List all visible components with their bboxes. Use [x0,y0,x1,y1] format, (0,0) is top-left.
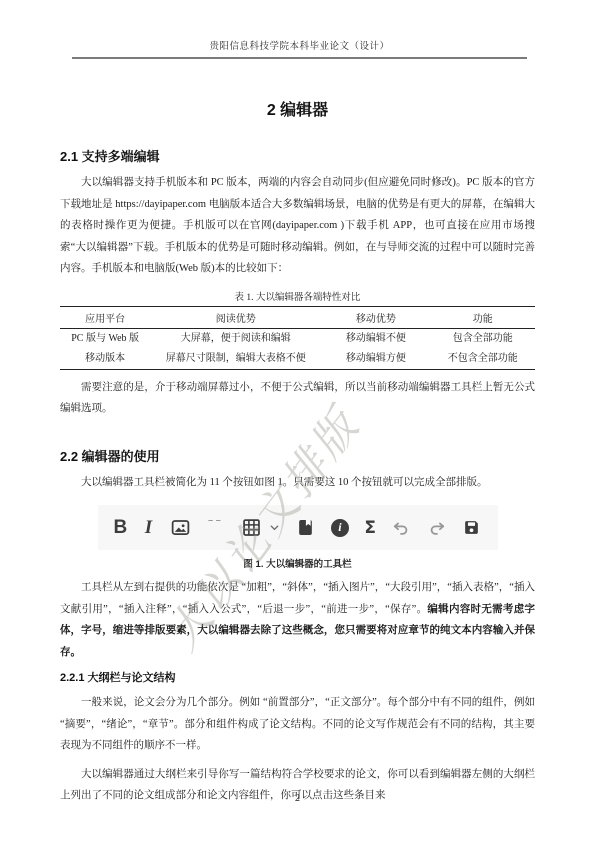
blockquote-button[interactable]: “ [206,520,226,536]
cell-platform-mobile: 移动版本 [60,349,150,370]
cell-function-mobile: 不包含全部功能 [431,349,536,370]
table-row: PC 版与 Web 版 大屏幕，便于阅读和编辑 移动编辑不便 包含全部功能 [60,328,535,349]
chapter-title: 2 编辑器 [60,97,535,120]
figure-toolbar: B I “ [60,505,535,570]
paragraph-formula-note: 需要注意的是，介于移动端屏幕过小，不便于公式编辑，所以当前移动端编辑器工具栏上暂… [60,377,535,420]
table-row: 移动版本 屏幕尺寸限制，编辑大表格不便 移动编辑方便 不包含全部功能 [60,349,535,370]
section-heading-2-1: 2.1 支持多端编辑 [60,146,535,165]
running-header: 贵阳信息科技学院本科毕业论文（设计） [72,38,527,59]
italic-icon: I [143,517,154,539]
quote-icon: “ [206,520,226,536]
column-header-function: 功能 [431,306,536,328]
column-header-mobility: 移动优势 [321,306,430,328]
section-heading-2-2-1: 2.2.1 大纲栏与论文结构 [60,669,535,685]
column-header-platform: 应用平台 [60,306,150,328]
citation-button[interactable] [296,518,315,537]
section-heading-2-2: 2.2 编辑器的使用 [60,446,535,465]
column-header-reading: 阅读优势 [150,306,321,328]
thesis-page: 贵阳信息科技学院本科毕业论文（设计） 2 编辑器 2.1 支持多端编辑 大以编辑… [0,0,595,842]
insert-image-button[interactable] [170,517,191,538]
info-icon: i [331,519,349,537]
cell-mobility-pc: 移动编辑不便 [321,328,430,349]
paragraph-multidevice: 大以编辑器支持手机版本和 PC 版本，两端的内容会自动同步(但应避免同时修改)。… [60,172,535,280]
cell-platform-pc: PC 版与 Web 版 [60,328,150,349]
save-button[interactable] [462,518,481,537]
cell-reading-pc: 大屏幕，便于阅读和编辑 [150,328,321,349]
formula-button[interactable]: Σ [364,518,376,538]
redo-button[interactable] [427,518,447,538]
table-header-row: 应用平台 阅读优势 移动优势 功能 [60,306,535,328]
toolbar-screenshot: B I “ [98,505,498,550]
bold-button[interactable]: B [114,517,128,539]
paragraph-structure-1: 一般来说，论文会分为几个部分。例如 “前置部分”，“正文部分”。每个部分中有不同… [60,692,535,757]
running-header-text: 贵阳信息科技学院本科毕业论文（设计） [209,42,389,52]
italic-button[interactable]: I [143,517,154,539]
cell-function-pc: 包含全部功能 [431,328,536,349]
table-icon [241,517,262,538]
feature-comparison-table: 应用平台 阅读优势 移动优势 功能 PC 版与 Web 版 大屏幕，便于阅读和编… [60,306,535,370]
cell-reading-mobile: 屏幕尺寸限制，编辑大表格不便 [150,349,321,370]
paragraph-toolbar-intro: 大以编辑器工具栏被简化为 11 个按钮如图 1。只需要这 10 个按钮就可以完成… [60,472,535,494]
page-content: 2 编辑器 2.1 支持多端编辑 大以编辑器支持手机版本和 PC 版本，两端的内… [60,60,535,807]
chevron-down-icon [268,521,281,534]
insert-table-button[interactable] [241,517,281,538]
redo-icon [427,518,447,538]
cell-mobility-mobile: 移动编辑方便 [321,349,430,370]
undo-button[interactable] [391,518,411,538]
book-bookmark-icon [296,518,315,537]
figure-caption: 图 1. 大以编辑器的工具栏 [60,556,535,570]
image-icon [170,517,191,538]
sigma-icon: Σ [364,518,376,538]
footnote-button[interactable]: i [331,519,349,537]
table-caption: 表 1. 大以编辑器各端特性对比 [60,289,535,303]
save-floppy-icon [462,518,481,537]
page-number: 2 [0,793,595,804]
paragraph-toolbar-functions: 工具栏从左到右提供的功能依次是 “加粗”，“斜体”，“插入图片”，“大段引用”，… [60,577,535,663]
undo-icon [391,518,411,538]
bold-icon: B [114,517,128,539]
